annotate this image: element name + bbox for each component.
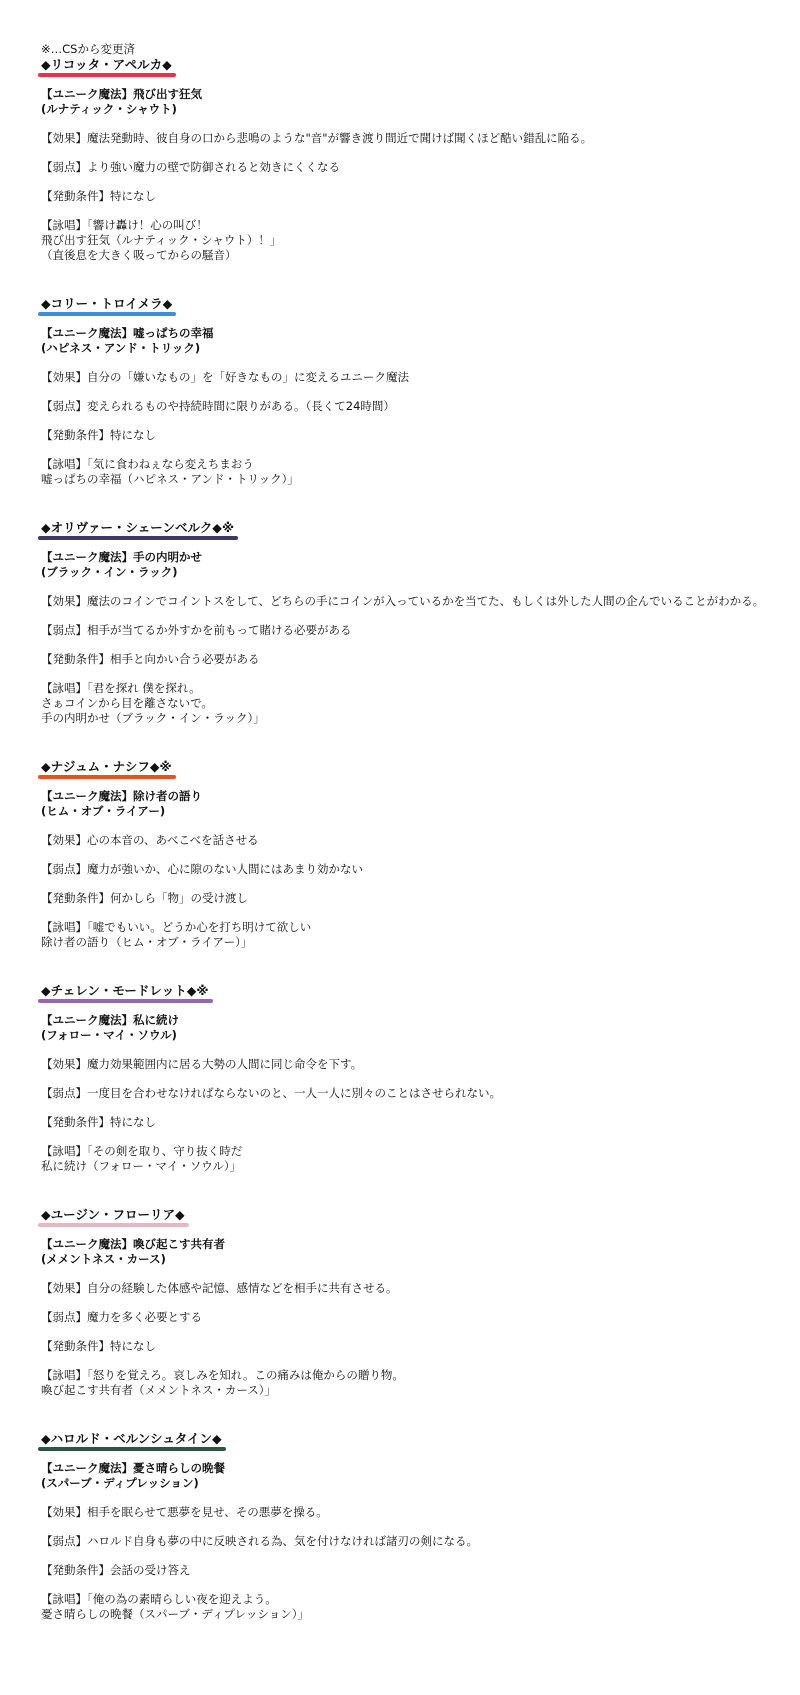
chant-text: 【詠唱】「その剣を取り、守り抜く時だ 私に続け（フォロー・マイ・ソウル）」 [41, 1144, 800, 1174]
condition-text: 【発動条件】何かしら「物」の受け渡し [41, 891, 800, 906]
weakness-text: 【弱点】ハロルド自身も夢の中に反映される為、気を付けなければ諸刃の剣になる。 [41, 1534, 800, 1549]
character-name-heading: ◆コリー・トロイメラ◆ [41, 296, 174, 312]
effect-text: 【効果】相手を眠らせて悪夢を見せ、その悪夢を操る。 [41, 1505, 800, 1520]
unique-magic-reading: (ブラック・イン・ラック) [41, 565, 800, 580]
unique-magic-reading: (メメントネス・カース) [41, 1252, 800, 1267]
character-section: ◆リコッタ・アペルカ◆ 【ユニーク魔法】飛び出す狂気 (ルナティック・シャウト)… [41, 57, 800, 263]
weakness-text: 【弱点】変えられるものや持続時間に限りがある。（長くて24時間） [41, 399, 800, 414]
character-section: ◆チェレン・モードレット◆※ 【ユニーク魔法】私に続け (フォロー・マイ・ソウル… [41, 983, 800, 1174]
condition-text: 【発動条件】特になし [41, 189, 800, 204]
unique-magic-title: 【ユニーク魔法】憂さ晴らしの晩餐 (スパーブ・ディプレッション) [41, 1461, 800, 1491]
character-name: ◆ハロルド・ベルンシュタイン◆ [41, 1431, 222, 1446]
character-name: ◆ナジュム・ナシフ◆※ [41, 759, 172, 774]
unique-magic-reading: (スパーブ・ディプレッション) [41, 1476, 800, 1491]
unique-magic-name: 【ユニーク魔法】嘘っぱちの幸福 [41, 326, 800, 341]
character-section: ◆オリヴァー・シェーンベルク◆※ 【ユニーク魔法】手の内明かせ (ブラック・イン… [41, 520, 800, 726]
effect-text: 【効果】自分の「嫌いなもの」を「好きなもの」に変えるユニーク魔法 [41, 370, 800, 385]
effect-text: 【効果】魔力効果範囲内に居る大勢の人間に同じ命令を下す。 [41, 1057, 800, 1072]
condition-text: 【発動条件】特になし [41, 1115, 800, 1130]
weakness-text: 【弱点】魔力を多く必要とする [41, 1310, 800, 1325]
unique-magic-reading: (フォロー・マイ・ソウル) [41, 1028, 800, 1043]
heading-underline [38, 999, 213, 1003]
chant-text: 【詠唱】「俺の為の素晴らしい夜を迎えよう。 憂さ晴らしの晩餐（スパーブ・ディプレ… [41, 1592, 800, 1622]
character-section: ◆ユージン・フローリア◆ 【ユニーク魔法】喚び起こす共有者 (メメントネス・カー… [41, 1207, 800, 1398]
weakness-text: 【弱点】より強い魔力の壁で防御されると効きにくくなる [41, 160, 800, 175]
chant-text: 【詠唱】「怒りを覚えろ。哀しみを知れ。この痛みは俺からの贈り物。 喚び起こす共有… [41, 1368, 800, 1398]
weakness-text: 【弱点】一度目を合わせなければならないのと、一人一人に別々のことはさせられない。 [41, 1086, 800, 1101]
weakness-text: 【弱点】魔力が強いか、心に隙のない人間にはあまり効かない [41, 862, 800, 877]
character-name: ◆オリヴァー・シェーンベルク◆※ [41, 520, 234, 535]
condition-text: 【発動条件】相手と向かい合う必要がある [41, 652, 800, 667]
unique-magic-title: 【ユニーク魔法】除け者の語り (ヒム・オブ・ライアー) [41, 789, 800, 819]
condition-text: 【発動条件】特になし [41, 428, 800, 443]
unique-magic-reading: (ハピネス・アンド・トリック) [41, 341, 800, 356]
character-name: ◆コリー・トロイメラ◆ [41, 296, 172, 311]
character-section: ◆コリー・トロイメラ◆ 【ユニーク魔法】嘘っぱちの幸福 (ハピネス・アンド・トリ… [41, 296, 800, 487]
unique-magic-name: 【ユニーク魔法】憂さ晴らしの晩餐 [41, 1461, 800, 1476]
character-section: ◆ナジュム・ナシフ◆※ 【ユニーク魔法】除け者の語り (ヒム・オブ・ライアー) … [41, 759, 800, 950]
character-name: ◆チェレン・モードレット◆※ [41, 983, 209, 998]
unique-magic-title: 【ユニーク魔法】私に続け (フォロー・マイ・ソウル) [41, 1013, 800, 1043]
unique-magic-reading: (ヒム・オブ・ライアー) [41, 804, 800, 819]
character-name: ◆リコッタ・アペルカ◆ [41, 57, 172, 72]
character-name-heading: ◆ナジュム・ナシフ◆※ [41, 759, 174, 775]
unique-magic-name: 【ユニーク魔法】喚び起こす共有者 [41, 1237, 800, 1252]
character-name-heading: ◆リコッタ・アペルカ◆ [41, 57, 174, 73]
unique-magic-title: 【ユニーク魔法】嘘っぱちの幸福 (ハピネス・アンド・トリック) [41, 326, 800, 356]
unique-magic-title: 【ユニーク魔法】手の内明かせ (ブラック・イン・ラック) [41, 550, 800, 580]
heading-underline [38, 1223, 189, 1227]
chant-text: 【詠唱】「嘘でもいい。どうか心を打ち明けて欲しい 除け者の語り（ヒム・オブ・ライ… [41, 920, 800, 950]
change-note: ※…CSから変更済 [41, 42, 800, 57]
effect-text: 【効果】心の本音の、あべこべを話させる [41, 833, 800, 848]
condition-text: 【発動条件】会話の受け答え [41, 1563, 800, 1578]
character-name-heading: ◆オリヴァー・シェーンベルク◆※ [41, 520, 236, 536]
chant-text: 【詠唱】「気に食わねぇなら変えちまおう 嘘っぱちの幸福（ハピネス・アンド・トリッ… [41, 457, 800, 487]
heading-underline [38, 775, 176, 779]
chant-text: 【詠唱】「響け轟け！心の叫び！ 飛び出す狂気（ルナティック・シャウト）！」 （直… [41, 218, 800, 263]
effect-text: 【効果】自分の経験した体感や記憶、感情などを相手に共有させる。 [41, 1281, 800, 1296]
unique-magic-title: 【ユニーク魔法】飛び出す狂気 (ルナティック・シャウト) [41, 87, 800, 117]
unique-magic-reading: (ルナティック・シャウト) [41, 102, 800, 117]
unique-magic-name: 【ユニーク魔法】私に続け [41, 1013, 800, 1028]
heading-underline [38, 1447, 226, 1451]
heading-underline [38, 536, 238, 540]
effect-text: 【効果】魔法発動時、彼自身の口から悲鳴のような"音"が響き渡り間近で聞けば聞くほ… [41, 131, 800, 146]
heading-underline [38, 73, 176, 77]
unique-magic-name: 【ユニーク魔法】除け者の語り [41, 789, 800, 804]
document-page: ※…CSから変更済 ◆リコッタ・アペルカ◆ 【ユニーク魔法】飛び出す狂気 (ルナ… [0, 0, 800, 1695]
heading-underline [38, 312, 176, 316]
character-name-heading: ◆ハロルド・ベルンシュタイン◆ [41, 1431, 224, 1447]
effect-text: 【効果】魔法のコインでコイントスをして、どちらの手にコインが入っているかを当てた… [41, 594, 800, 609]
unique-magic-title: 【ユニーク魔法】喚び起こす共有者 (メメントネス・カース) [41, 1237, 800, 1267]
chant-text: 【詠唱】「君を探れ 僕を探れ。 さぁコインから目を離さないで。 手の内明かせ（ブ… [41, 681, 800, 726]
character-section: ◆ハロルド・ベルンシュタイン◆ 【ユニーク魔法】憂さ晴らしの晩餐 (スパーブ・デ… [41, 1431, 800, 1622]
condition-text: 【発動条件】特になし [41, 1339, 800, 1354]
character-name-heading: ◆チェレン・モードレット◆※ [41, 983, 211, 999]
weakness-text: 【弱点】相手が当てるか外すかを前もって賭ける必要がある [41, 623, 800, 638]
character-list: ◆リコッタ・アペルカ◆ 【ユニーク魔法】飛び出す狂気 (ルナティック・シャウト)… [41, 57, 800, 1622]
unique-magic-name: 【ユニーク魔法】飛び出す狂気 [41, 87, 800, 102]
unique-magic-name: 【ユニーク魔法】手の内明かせ [41, 550, 800, 565]
character-name-heading: ◆ユージン・フローリア◆ [41, 1207, 187, 1223]
character-name: ◆ユージン・フローリア◆ [41, 1207, 185, 1222]
